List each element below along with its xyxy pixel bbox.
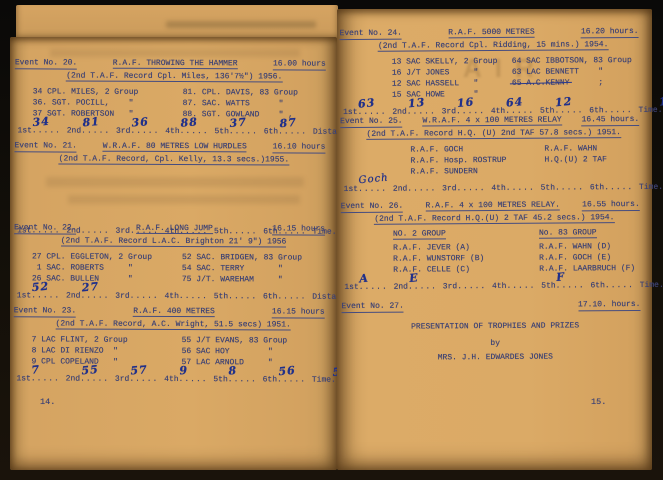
bleed-through-smudge xyxy=(46,177,304,187)
result-value-handwritten: 64 xyxy=(506,96,524,109)
event-time: 17.10. hours. xyxy=(578,299,641,311)
column-header: No. 83 GROUP xyxy=(539,228,597,238)
event-record-row: (2nd T.A.F. Record H.Q.(U) 2 TAF 45.2 se… xyxy=(337,212,652,225)
result-value-handwritten: 12 xyxy=(555,96,573,109)
entrants: 27 CPL. EGGLETON, 2 Group 1 SAC. ROBERTS… xyxy=(10,251,337,285)
result-dots: .....57 xyxy=(129,374,158,385)
event-title: R.A.F. 400 METRES xyxy=(133,307,215,317)
event-title-slot: R.A.F. LONG JUMP xyxy=(77,223,273,235)
result-dots: .....37 xyxy=(229,126,258,137)
entrant-text: 9 CPL COPELAND " xyxy=(32,357,118,366)
event-block: Event No. 25.W.R.A.F. 4 x 100 METRES REL… xyxy=(336,114,652,195)
result-dots: ..... xyxy=(457,281,486,292)
ceremony-line: by xyxy=(338,337,653,350)
event-title: R.A.F. THROWING THE HAMMER xyxy=(113,59,238,70)
entrant-line: R.A.F. LAARBRUCH (F) xyxy=(539,263,635,275)
result-value-handwritten: 37 xyxy=(229,117,247,129)
entrant-line: 37 SGT. ROBERTSON " xyxy=(33,108,183,120)
result-dots: .....81 xyxy=(81,126,110,137)
event-number: Event No. 23. xyxy=(14,305,76,317)
event-block: Event No. 20.R.A.F. THROWING THE HAMMER1… xyxy=(11,57,338,137)
entrant-line: 52 SAC. BRIDGEN, 83 Group xyxy=(182,252,302,264)
result-dots: .....88 xyxy=(180,126,209,137)
result-label: 1st xyxy=(18,126,32,135)
left-page-events: Event No. 20.R.A.F. THROWING THE HAMMER1… xyxy=(9,36,338,470)
entrant-text: 1 SAC. ROBERTS " xyxy=(32,263,133,272)
event-block: Event No. 26.R.A.F. 4 x 100 METRES RELAY… xyxy=(337,199,653,293)
result-dots: .....9 xyxy=(179,374,208,385)
result-dots: ..... xyxy=(179,291,208,302)
entrant-line: 75 J/T. WAREHAM " xyxy=(182,274,302,286)
page-number: 15. xyxy=(591,397,606,407)
result-dots: ..... xyxy=(277,291,306,302)
entrant-line: 55 J/T EVANS, 83 Group xyxy=(182,335,288,346)
result-label: 6th xyxy=(263,292,277,301)
event-number: Event No. 20. xyxy=(15,57,77,69)
entrant-line: 64 SAC IBBOTSON, 83 Group xyxy=(512,55,632,67)
event-time: 16.15 hours xyxy=(272,306,325,318)
result-label: 2nd xyxy=(67,127,81,136)
entrant-text: 75 J/T. WAREHAM " xyxy=(182,275,283,284)
entrant-text: 36. SGT. POCILL, " xyxy=(33,98,134,107)
event-title: R.A.F. 4 x 100 METRES RELAY. xyxy=(425,201,559,212)
event-header: Event No. 26.R.A.F. 4 x 100 METRES RELAY… xyxy=(337,199,652,213)
scanned-programme-spread: Event No. 20.R.A.F. THROWING THE HAMMER1… xyxy=(0,0,663,480)
entrants-column-left: 27 CPL. EGGLETON, 2 Group 1 SAC. ROBERTS… xyxy=(32,251,182,285)
event-number: Event No. 27. xyxy=(341,301,404,313)
entrant-text: 8 LAC DI RIENZO " xyxy=(32,346,118,355)
entrant-text: H.Q.(U) 2 TAF xyxy=(544,155,606,164)
result-dots: .....E xyxy=(408,281,437,292)
result-value-handwritten: F xyxy=(556,271,566,283)
result-dots: .....7 xyxy=(31,373,60,384)
column-header-cell: NO. 2 GROUP xyxy=(393,228,539,240)
result-label: 6th xyxy=(590,281,604,290)
entrant-line: 56 SAC HOY " xyxy=(182,346,288,357)
entrants-column-right: R.A.F. WAHN (D)R.A.F. GOCH (E)R.A.F. LAA… xyxy=(539,241,635,275)
result-dots: ..... xyxy=(228,291,257,302)
event-number: Event No. 22. xyxy=(14,222,76,234)
event-title-slot: R.A.F. THROWING THE HAMMER xyxy=(77,58,273,70)
result-value-handwritten: 88 xyxy=(180,116,198,128)
event-time: 16.15 hours xyxy=(272,223,325,235)
event-block: Event No. 24.R.A.F. 5000 METRES16.20 hou… xyxy=(336,26,652,118)
entrant-text: 65 A.C.KENNY xyxy=(512,78,570,87)
entrant-text: 63 LAC BENNETT " xyxy=(512,67,603,77)
event-time: 16.45 hours. xyxy=(582,114,640,126)
result-dots: ..... xyxy=(506,183,535,194)
entrant-line: 26 SAC. BULLEN " xyxy=(32,273,182,285)
entrants-column-left: 13 SAC SKELLY, 2 Group16 J/T JONES "12 S… xyxy=(392,56,512,101)
event-block: Event No. 22.R.A.F. LONG JUMP16.15 hours… xyxy=(10,222,337,302)
result-label: 3rd xyxy=(442,184,456,193)
event-record-row: (2nd T.A.F. Record L.A.C. Brighton 21' 9… xyxy=(10,235,337,247)
result-dots: .....27 xyxy=(80,291,109,302)
event-record-row: (2nd T.A.F. Record Cpl. Ridding, 15 mins… xyxy=(336,39,651,52)
event-record: (2nd T.A.F. Record H.Q. (U) 2nd TAF 57.8… xyxy=(366,128,621,140)
entrant-text: R.A.F. WAHN xyxy=(544,144,597,153)
result-label: 3rd xyxy=(115,375,129,384)
event-record: (2nd T.A.F. Record Cpl. Ridding, 15 mins… xyxy=(378,40,609,52)
result-value-handwritten: 15 xyxy=(658,95,663,108)
left-page: Event No. 20.R.A.F. THROWING THE HAMMER1… xyxy=(10,37,337,470)
result-label: 2nd xyxy=(393,185,407,194)
result-value-handwritten: 27 xyxy=(81,281,99,293)
event-number: Event No. 26. xyxy=(341,201,404,213)
event-time: 16.00 hours xyxy=(273,58,326,70)
result-dots: ..... xyxy=(506,281,535,292)
result-dots: .....8 xyxy=(228,374,257,385)
event-title: W.R.A.F. 4 x 100 METRES RELAY xyxy=(422,116,561,127)
event-record: (2nd T.A.F. Record H.Q.(U) 2 TAF 45.2 se… xyxy=(374,213,614,225)
entrants-column-right: 52 SAC. BRIDGEN, 83 Group54 SAC. TERRY "… xyxy=(182,252,302,286)
event-record: (2nd T.A.F. Record Cpl. Miles, 136'7½") … xyxy=(66,72,282,83)
results-line: 1st.....A 2nd.....E 3rd..... 4th..... 5t… xyxy=(343,280,652,293)
entrant-line: R.A.F. GOCH xyxy=(410,144,544,156)
entrant-text: 13 SAC SKELLY, 2 Group xyxy=(392,57,498,67)
event-record: (2nd T.A.F. Record, A.C. Wright, 51.5 se… xyxy=(56,319,291,330)
entrant-tail: ; xyxy=(569,78,603,87)
event-block: Event No. 23.R.A.F. 400 METRES16.15 hour… xyxy=(9,305,336,385)
result-label: 2nd xyxy=(66,292,80,301)
result-label: 1st xyxy=(344,283,358,292)
result-value-handwritten: 56 xyxy=(278,365,296,377)
entrant-line: 81. CPL. DAVIS, 83 Group xyxy=(183,87,298,99)
result-label: 1st xyxy=(344,185,358,194)
result-label: 3rd xyxy=(443,282,457,291)
result-value-handwritten: 81 xyxy=(82,116,100,128)
result-value-handwritten: 9 xyxy=(179,365,189,377)
event-record-row: (2nd T.A.F. Record H.Q. (U) 2nd TAF 57.8… xyxy=(336,127,651,140)
entrant-text: R.A.F. CELLE (C) xyxy=(393,265,470,275)
entrant-text: 16 J/T JONES " xyxy=(392,68,478,78)
event-header: Event No. 21.W.R.A.F. 80 METRES LOW HURD… xyxy=(10,140,337,153)
entrant-text: 7 LAC FLINT, 2 Group xyxy=(32,335,128,344)
event-header: Event No. 20.R.A.F. THROWING THE HAMMER1… xyxy=(11,57,338,70)
right-page: AIR Event No. 24.R.A.F. 5000 METRES16.20… xyxy=(337,9,652,470)
result-label: 2nd xyxy=(66,375,80,384)
entrants-column-right: 64 SAC IBBOTSON, 83 Group63 LAC BENNETT … xyxy=(512,55,632,100)
entrant-line: R.A.F. GOCH (E) xyxy=(539,252,635,264)
result-dots: ..... xyxy=(130,291,159,302)
result-value-handwritten: 16 xyxy=(456,96,474,109)
event-header: Event No. 27.17.10. hours. xyxy=(337,299,652,313)
result-value-handwritten: Goch xyxy=(359,172,390,186)
result-label: 3rd xyxy=(116,127,130,136)
event-title: R.A.F. 5000 METRES xyxy=(448,28,534,39)
entrants-column-left: R.A.F. GOCHR.A.F. Hosp. ROSTRUPR.A.F. SU… xyxy=(410,144,544,178)
group-headers: NO. 2 GROUPNo. 83 GROUP xyxy=(337,227,652,240)
entrant-text: 55 J/T EVANS, 83 Group xyxy=(182,336,288,345)
result-dots: ..... xyxy=(456,183,485,194)
entrant-text: 54 SAC. TERRY " xyxy=(182,264,283,273)
event-title: W.R.A.F. 80 METRES LOW HURDLES xyxy=(103,142,247,153)
entrants-column-right: R.A.F. WAHNH.Q.(U) 2 TAF xyxy=(544,143,607,176)
result-value-handwritten: 36 xyxy=(131,116,149,128)
result-dots: .....A xyxy=(359,282,388,293)
entrants: R.A.F. JEVER (A)R.A.F. WUNSTORF (B)R.A.F… xyxy=(337,241,652,276)
result-value-handwritten: 8 xyxy=(228,365,238,377)
entrant-text: 27 CPL. EGGLETON, 2 Group xyxy=(32,252,152,262)
entrant-line: 1 SAC. ROBERTS " xyxy=(32,262,182,274)
event-title-slot: W.R.A.F. 4 x 100 METRES RELAY xyxy=(403,114,582,126)
result-label: 6th xyxy=(263,375,277,384)
result-label: 5th xyxy=(213,375,227,384)
event-number: Event No. 25. xyxy=(340,116,403,128)
entrant-line: 16 J/T JONES " xyxy=(392,67,512,79)
result-dots: ..... xyxy=(555,182,584,193)
event-title-slot: W.R.A.F. 80 METRES LOW HURDLES xyxy=(77,141,273,153)
event-number: Event No. 21. xyxy=(14,140,76,152)
bleed-through-smudge xyxy=(68,195,300,204)
event-block: Event No. 27.17.10. hours.PRESENTATION O… xyxy=(337,299,652,364)
result-value-handwritten: E xyxy=(408,272,418,284)
result-value-handwritten: 13 xyxy=(407,97,425,110)
ceremony-line: PRESENTATION OF TROPHIES AND PRIZES xyxy=(338,320,653,333)
entrant-line: R.A.F. WAHN xyxy=(544,143,606,154)
result-label: 5th xyxy=(541,184,555,193)
result-label: 5th xyxy=(214,292,228,301)
result-value-handwritten: 52 xyxy=(32,281,50,293)
result-dots: ..... xyxy=(605,280,634,291)
result-dots: ..... xyxy=(407,183,436,194)
entrant-line: 34 CPL. MILES, 2 Group xyxy=(33,86,183,98)
result-dots: ..... xyxy=(604,182,633,193)
result-label: 1st xyxy=(16,374,30,383)
ceremony-line: MRS. J.H. EDWARDES JONES xyxy=(338,351,653,364)
entrants-column-left: 34 CPL. MILES, 2 Group36. SGT. POCILL, "… xyxy=(33,86,183,120)
entrant-text: R.A.F. WAHN (D) xyxy=(539,242,611,252)
result-dots: .....56 xyxy=(277,374,306,385)
result-dots: ....... xyxy=(659,280,663,291)
result-value-handwritten: A xyxy=(359,272,370,284)
result-label: 4th xyxy=(165,127,179,136)
entrant-line: 87. SAC. WATTS " xyxy=(183,98,298,110)
result-label: 6th xyxy=(590,183,604,192)
result-label: Time xyxy=(312,376,331,385)
result-dots: .....87 xyxy=(278,126,307,137)
event-header: Event No. 22.R.A.F. LONG JUMP16.15 hours xyxy=(10,222,337,235)
entrant-text: 87. SAC. WATTS " xyxy=(183,99,284,108)
column-header-cell: No. 83 GROUP xyxy=(539,227,597,238)
event-header: Event No. 24.R.A.F. 5000 METRES16.20 hou… xyxy=(336,26,651,40)
entrant-line: 8 LAC DI RIENZO " xyxy=(32,345,182,357)
results-line: 1st.....Goch 2nd..... 3rd..... 4th..... … xyxy=(343,182,652,195)
entrant-line: 36. SGT. POCILL, " xyxy=(33,97,183,109)
event-title-slot: R.A.F. 400 METRES xyxy=(76,306,272,318)
event-title-slot: R.A.F. 5000 METRES xyxy=(402,26,581,38)
result-dots: .....55 xyxy=(80,374,109,385)
page-number: 14. xyxy=(40,397,55,407)
event-number: Event No. 24. xyxy=(340,28,403,40)
event-record-row: (2nd T.A.F. Record, A.C. Wright, 51.5 se… xyxy=(10,318,337,330)
entrant-line: 13 SAC SKELLY, 2 Group xyxy=(392,56,512,68)
entrant-line: 65 A.C.KENNY ; xyxy=(512,77,632,89)
result-dots: .....Goch xyxy=(358,184,387,195)
entrant-line: H.Q.(U) 2 TAF xyxy=(544,154,606,165)
entrant-line: R.A.F. WAHN (D) xyxy=(539,241,635,253)
result-dots: .....F xyxy=(556,280,585,291)
results-line: 1st.....34 2nd.....81 3rd.....36 4th....… xyxy=(17,125,338,137)
result-value-handwritten: 63 xyxy=(358,97,376,110)
entrant-text: 56 SAC HOY " xyxy=(182,347,273,356)
event-header: Event No. 25.W.R.A.F. 4 x 100 METRES REL… xyxy=(336,114,651,128)
entrant-text: 64 SAC IBBOTSON, 83 Group xyxy=(512,56,632,66)
result-dots: .....52 xyxy=(31,290,60,301)
event-header: Event No. 23.R.A.F. 400 METRES16.15 hour… xyxy=(10,305,337,318)
entrant-text: R.A.F. Hosp. ROSTRUP xyxy=(410,156,506,166)
entrant-line: 54 SAC. TERRY " xyxy=(182,263,302,275)
result-dots: ........ xyxy=(658,182,663,193)
result-label: 5th xyxy=(541,282,555,291)
entrant-text: R.A.F. LAARBRUCH (F) xyxy=(539,264,635,274)
entrant-text: R.A.F. WUNSTORF (B) xyxy=(393,254,484,264)
result-value-handwritten: 87 xyxy=(279,117,297,129)
entrant-line: R.A.F. SUNDERN xyxy=(410,166,544,178)
column-header: NO. 2 GROUP xyxy=(393,229,446,239)
event-record: (2nd T.A.F. Record, Cpl. Kelly, 13.3 sec… xyxy=(59,154,289,165)
entrant-line: 27 CPL. EGGLETON, 2 Group xyxy=(32,251,182,263)
result-label: 4th xyxy=(491,184,505,193)
result-label: 3rd xyxy=(115,292,129,301)
result-label: Time xyxy=(639,183,658,192)
entrant-text: 34 CPL. MILES, 2 Group xyxy=(33,87,139,96)
event-time: 16.55 hours. xyxy=(582,199,640,211)
entrant-line: 7 LAC FLINT, 2 Group xyxy=(32,334,182,346)
result-dots: .....36 xyxy=(130,126,159,137)
entrant-line: R.A.F. Hosp. ROSTRUP xyxy=(410,155,544,167)
result-value-handwritten: 55 xyxy=(81,364,99,376)
entrant-text: R.A.F. JEVER (A) xyxy=(393,243,470,253)
result-value-handwritten: 34 xyxy=(33,116,51,128)
entrant-text: 12 SAC HASSELL " xyxy=(392,79,478,89)
entrant-text: 52 SAC. BRIDGEN, 83 Group xyxy=(182,253,302,263)
bleed-through-smudge xyxy=(166,21,316,28)
result-label: 1st xyxy=(17,291,31,300)
result-dots: ...15 xyxy=(658,105,663,116)
result-dots: .....34 xyxy=(32,125,61,136)
event-record-row: (2nd T.A.F. Record, Cpl. Kelly, 13.3 sec… xyxy=(10,153,337,165)
result-label: 5th xyxy=(214,127,228,136)
entrants-blank-space xyxy=(10,164,337,220)
event-title: R.A.F. LONG JUMP xyxy=(136,224,213,234)
result-value-handwritten: 57 xyxy=(130,364,148,376)
result-label: 4th xyxy=(164,292,178,301)
event-time: 16.20 hours. xyxy=(581,26,639,38)
entrant-text: R.A.F. GOCH (E) xyxy=(539,253,611,263)
entrant-text: 81. CPL. DAVIS, 83 Group xyxy=(183,88,298,98)
result-label: 2nd xyxy=(394,283,408,292)
event-time: 16.10 hours xyxy=(273,141,326,153)
event-record: (2nd T.A.F. Record L.A.C. Brighton 21' 9… xyxy=(61,237,287,248)
entrant-text: R.A.F. SUNDERN xyxy=(410,167,477,176)
results-line: 1st.....7 2nd.....55 3rd.....57 4th.....… xyxy=(15,373,336,385)
result-label: 4th xyxy=(164,375,178,384)
result-value-handwritten: 7 xyxy=(31,364,41,376)
entrant-line: 63 LAC BENNETT " xyxy=(512,66,632,78)
results-line: 1st.....52 2nd.....27 3rd..... 4th..... … xyxy=(16,290,337,302)
event-title-slot: R.A.F. 4 x 100 METRES RELAY. xyxy=(403,199,582,211)
entrants-column-left: 7 LAC FLINT, 2 Group8 LAC DI RIENZO "9 C… xyxy=(32,334,182,368)
entrant-line: 9 CPL COPELAND " xyxy=(32,356,182,368)
entrants: 13 SAC SKELLY, 2 Group16 J/T JONES "12 S… xyxy=(336,55,651,101)
entrant-text: R.A.F. GOCH xyxy=(410,145,463,154)
result-label: Time xyxy=(640,281,659,290)
result-label: 4th xyxy=(492,282,506,291)
result-label: 6th xyxy=(264,127,278,136)
event-title-slot xyxy=(404,306,578,307)
event-record-row: (2nd T.A.F. Record Cpl. Miles, 136'7½") … xyxy=(11,70,338,82)
entrant-line: 12 SAC HASSELL " xyxy=(392,78,512,90)
